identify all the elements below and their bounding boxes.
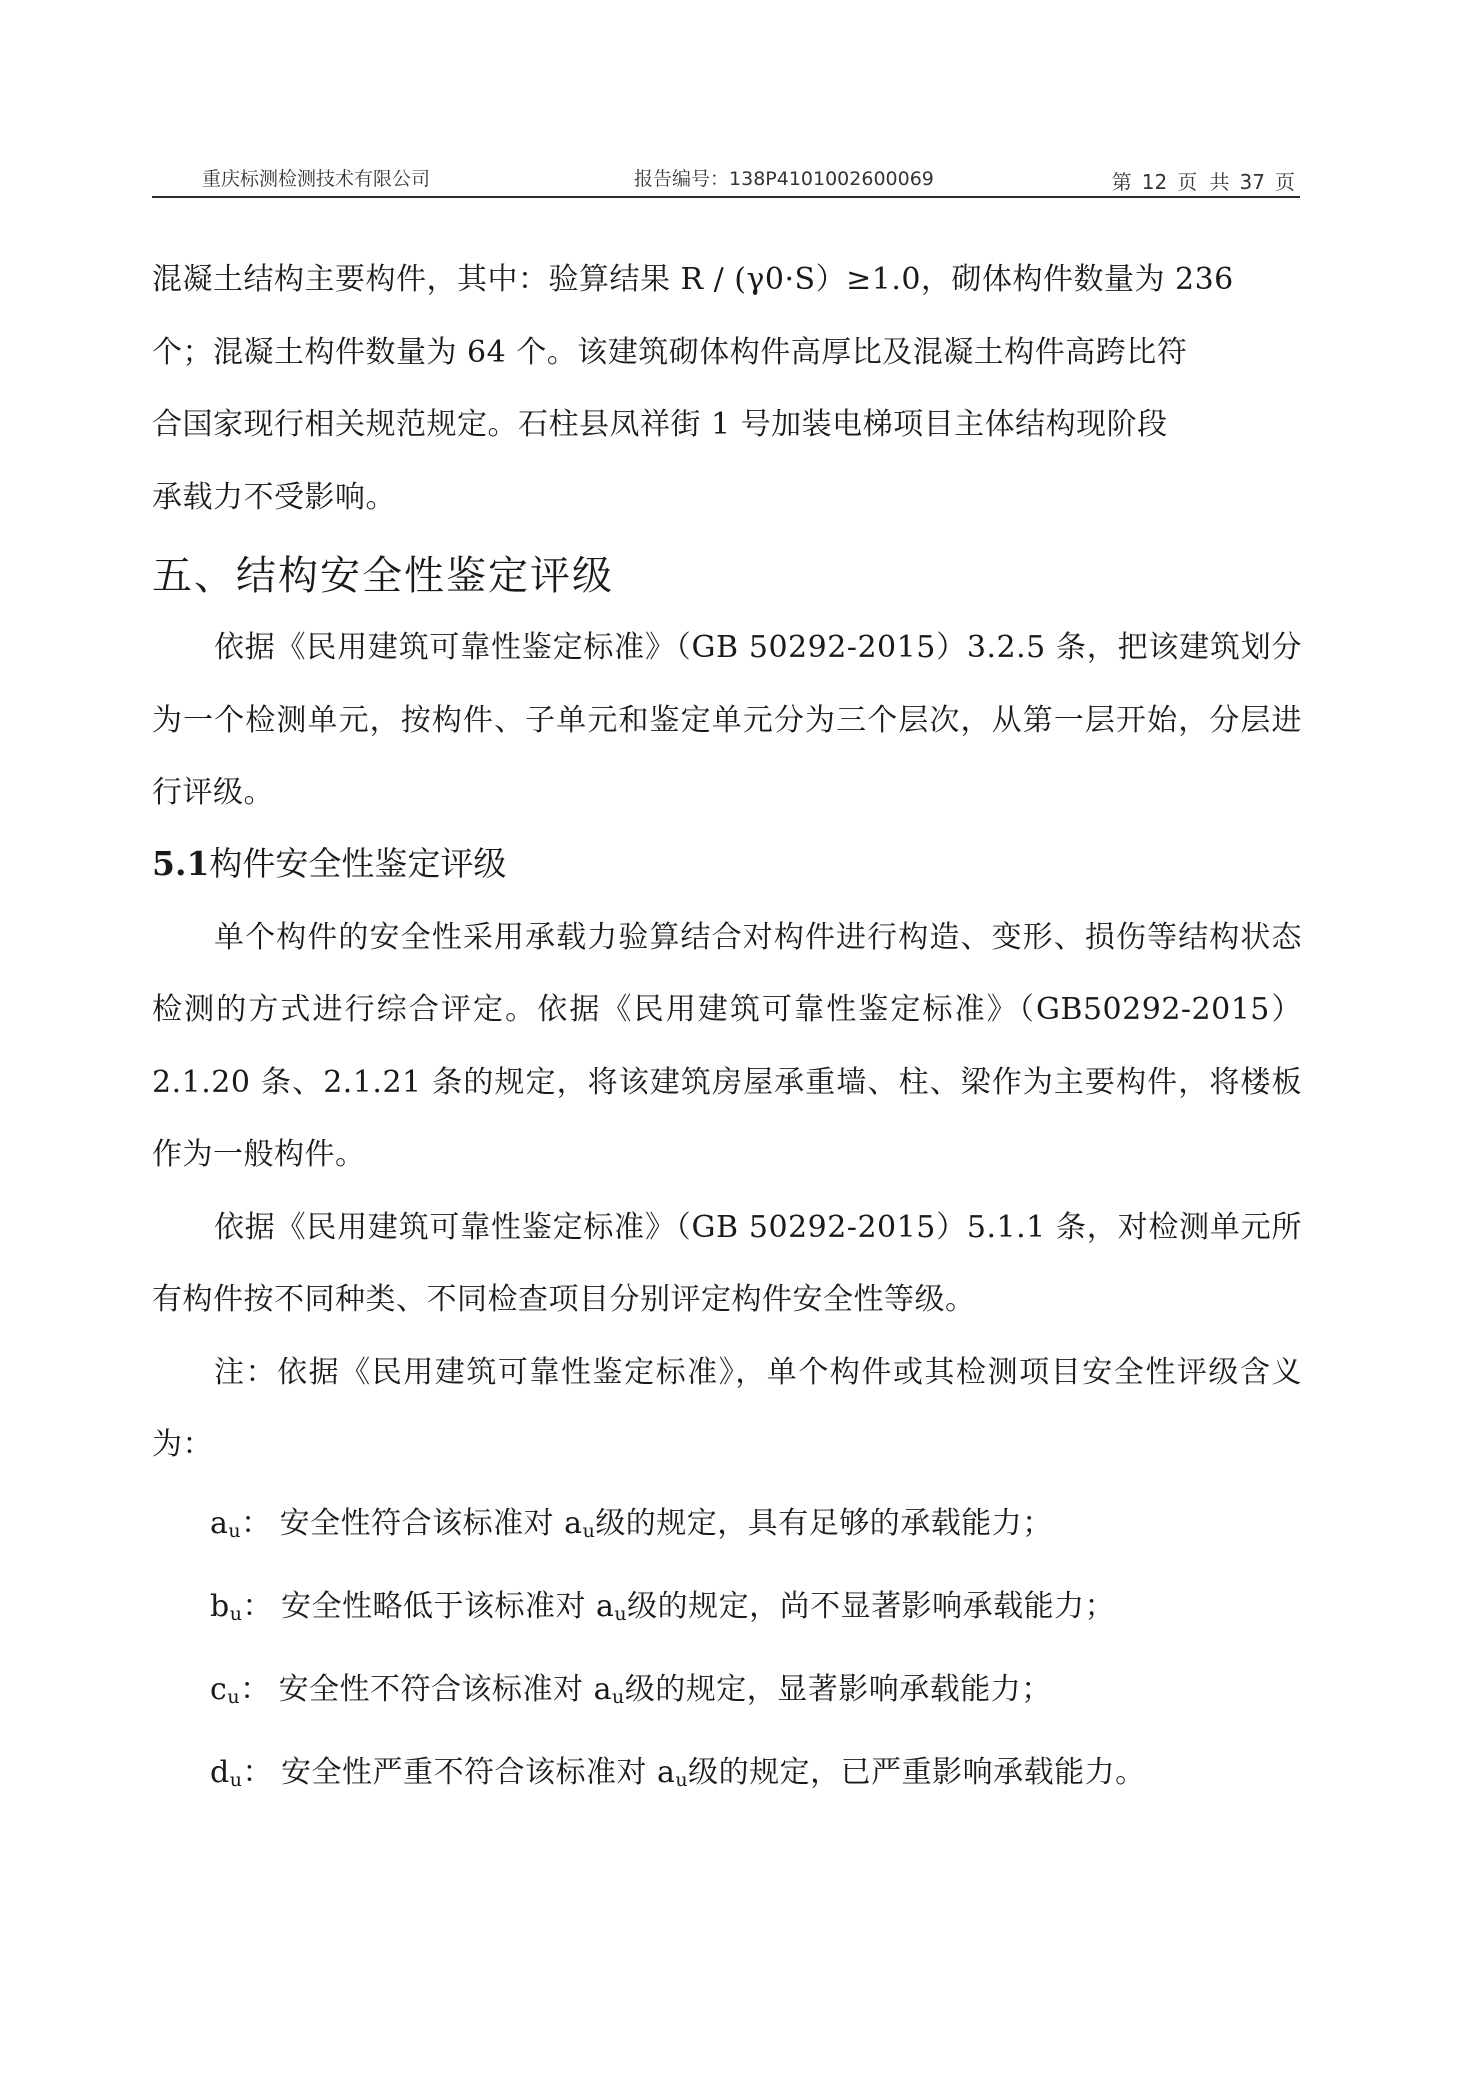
page-suffix: 页	[1275, 170, 1295, 194]
grade-subscript: u	[230, 1769, 243, 1791]
grade-subscript: u	[230, 1603, 243, 1625]
grade-item-au: au：安全性符合该标准对 au级的规定，具有足够的承载能力；	[152, 1486, 1302, 1569]
grade-subscript: u	[228, 1520, 241, 1542]
page-body: 混凝土结构主要构件，其中：验算结果 R / (γ0·S）≥1.0，砌体构件数量为…	[152, 244, 1302, 1818]
page-current: 12	[1142, 170, 1167, 194]
header-divider	[152, 196, 1300, 198]
header-report-number: 报告编号：138P4101002600069	[634, 164, 934, 191]
grade-item-du: du：安全性严重不符合该标准对 au级的规定，已严重影响承载能力。	[152, 1735, 1302, 1818]
grade-colon: ：	[242, 1589, 273, 1624]
grade-ref-subscript: u	[675, 1769, 688, 1791]
section-5-1-paragraph-1: 单个构件的安全性采用承载力验算结合对构件进行构造、变形、损伤等结构状态检测的方式…	[152, 902, 1302, 1192]
section-5-heading: 五、结构安全性鉴定评级	[152, 546, 1302, 606]
grade-desc-post: 级的规定，尚不显著影响承载能力；	[627, 1589, 1115, 1624]
grade-colon: ：	[242, 1755, 273, 1790]
paragraph-line: 混凝土结构主要构件，其中：验算结果 R / (γ0·S）≥1.0，砌体构件数量为…	[152, 244, 1302, 317]
section-title: 构件安全性鉴定评级	[209, 844, 506, 883]
paragraph-line: 合国家现行相关规范规定。石柱县凤祥街 1 号加装电梯项目主体结构现阶段	[152, 389, 1302, 462]
grade-desc-post: 级的规定，具有足够的承载能力；	[595, 1506, 1053, 1541]
section-5-1-heading: 5.1构件安全性鉴定评级	[152, 832, 1302, 896]
grade-ref-subscript: u	[612, 1686, 625, 1708]
continuation-paragraph: 混凝土结构主要构件，其中：验算结果 R / (γ0·S）≥1.0，砌体构件数量为…	[152, 244, 1302, 534]
grade-item-cu: cu：安全性不符合该标准对 au级的规定，显著影响承载能力；	[152, 1652, 1302, 1735]
page-prefix: 第	[1112, 170, 1132, 194]
header-company-name: 重庆标测检测技术有限公司	[202, 164, 430, 191]
grade-desc-post: 级的规定，已严重影响承载能力。	[688, 1755, 1146, 1790]
header-page-indicator: 第12页 共37页	[1107, 166, 1300, 195]
page-total: 37	[1240, 170, 1265, 194]
grade-letter: c	[210, 1672, 227, 1707]
grade-letter: a	[210, 1506, 228, 1541]
section-5-1-paragraph-2: 依据《民用建筑可靠性鉴定标准》（GB 50292-2015）5.1.1 条，对检…	[152, 1192, 1302, 1337]
grade-desc-pre: 安全性不符合该标准对 a	[279, 1672, 612, 1707]
page-header: 重庆标测检测技术有限公司 报告编号：138P4101002600069 第12页…	[152, 158, 1300, 196]
safety-grade-list: au：安全性符合该标准对 au级的规定，具有足够的承载能力； bu：安全性略低于…	[152, 1486, 1302, 1818]
report-label: 报告编号：	[634, 168, 729, 190]
grade-desc-pre: 安全性略低于该标准对 a	[281, 1589, 614, 1624]
section-5-paragraph: 依据《民用建筑可靠性鉴定标准》（GB 50292-2015）3.2.5 条，把该…	[152, 612, 1302, 830]
grade-colon: ：	[240, 1672, 271, 1707]
grade-subscript: u	[227, 1686, 240, 1708]
grade-ref-subscript: u	[614, 1603, 627, 1625]
grade-letter: d	[210, 1755, 230, 1790]
note-paragraph: 注：依据《民用建筑可靠性鉴定标准》，单个构件或其检测项目安全性评级含义为：	[152, 1337, 1302, 1482]
grade-desc-pre: 安全性符合该标准对 a	[280, 1506, 583, 1541]
page-mid: 页 共	[1177, 170, 1229, 194]
paragraph-line: 个；混凝土构件数量为 64 个。该建筑砌体构件高厚比及混凝土构件高跨比符	[152, 317, 1302, 390]
grade-desc-pre: 安全性严重不符合该标准对 a	[281, 1755, 675, 1790]
grade-letter: b	[210, 1589, 230, 1624]
section-number: 5.1	[152, 844, 209, 883]
grade-ref-subscript: u	[583, 1520, 596, 1542]
grade-desc-post: 级的规定，显著影响承载能力；	[625, 1672, 1052, 1707]
grade-item-bu: bu：安全性略低于该标准对 au级的规定，尚不显著影响承载能力；	[152, 1569, 1302, 1652]
grade-colon: ：	[241, 1506, 272, 1541]
paragraph-line: 承载力不受影响。	[152, 462, 1302, 535]
report-number: 138P4101002600069	[729, 168, 934, 190]
